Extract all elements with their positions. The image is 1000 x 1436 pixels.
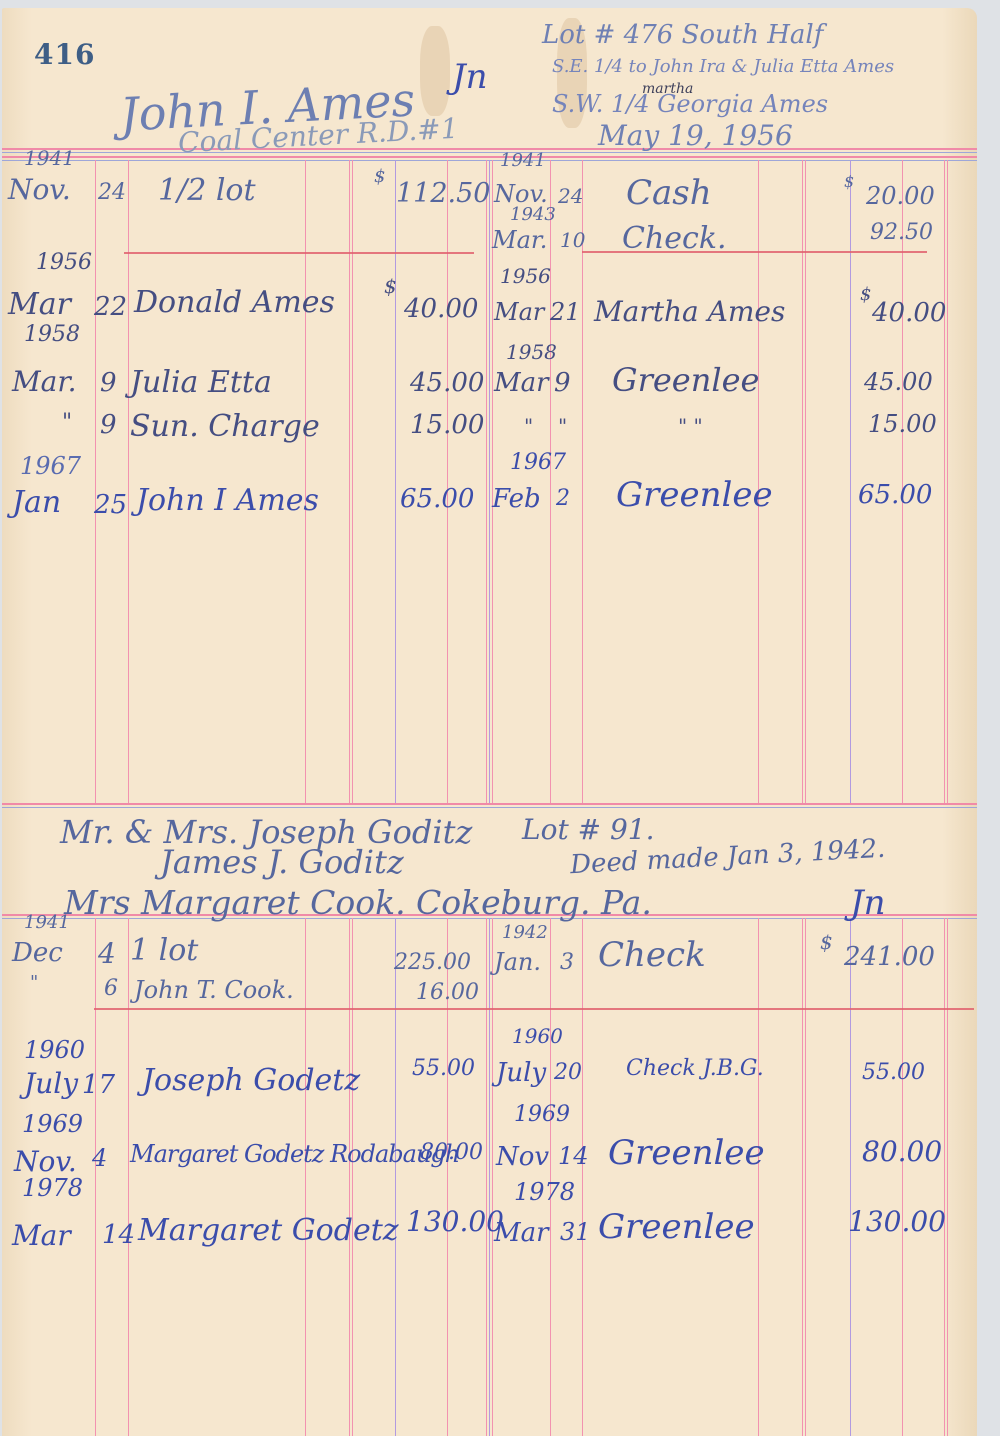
entry-amount: 130.00 <box>848 1208 946 1236</box>
entry-day: 21 <box>550 300 581 324</box>
header-rule <box>2 148 977 150</box>
entry-description: John I Ames <box>136 486 319 516</box>
column-rule <box>802 160 803 803</box>
entry-description: Check J.B.G. <box>626 1058 764 1080</box>
entry-year: 1967 <box>20 454 81 478</box>
header-rule <box>2 156 977 158</box>
entry-amount: 65.00 <box>858 482 932 508</box>
entry-amount: 55.00 <box>412 1058 475 1080</box>
column-rule <box>492 160 493 803</box>
entry-amount: 92.50 <box>870 222 933 244</box>
column-rule <box>489 918 490 1436</box>
entry-amount: 16.00 <box>416 982 479 1004</box>
entry-currency: $ <box>374 168 385 186</box>
column-rule <box>305 160 306 803</box>
page-number: 416 <box>34 38 95 71</box>
column-rule <box>582 918 583 1436</box>
entry-description: Check. <box>622 224 727 254</box>
entry-day: 14 <box>102 1222 135 1248</box>
column-rule <box>550 160 551 803</box>
column-rule <box>489 160 490 803</box>
entry-amount: 45.00 <box>864 370 933 394</box>
entry-description: Margaret Godetz <box>138 1216 399 1246</box>
entry-description: Martha Ames <box>594 298 785 326</box>
entry-year: 1943 <box>510 206 556 224</box>
lot-note-line1: Lot # 476 South Half <box>542 22 823 48</box>
account-name-line2: James J. Goditz <box>160 846 404 878</box>
entry-description: Sun. Charge <box>130 412 320 442</box>
entry-month: Mar <box>12 1222 71 1250</box>
entry-month: Nov. <box>494 182 548 206</box>
entry-description: Greenlee <box>616 478 773 512</box>
header-rule <box>2 152 977 153</box>
entry-amount: 241.00 <box>844 944 935 970</box>
entry-day: 3 <box>560 952 574 974</box>
column-rule <box>802 918 803 1436</box>
entry-amount: 15.00 <box>410 412 484 438</box>
entry-year: 1941 <box>500 152 546 170</box>
entry-amount: 40.00 <box>404 296 478 322</box>
entry-day: 4 <box>98 940 116 968</box>
column-rule <box>395 160 396 803</box>
entry-year: 1958 <box>506 342 557 362</box>
entry-month: Jan <box>12 488 61 518</box>
entry-day: 31 <box>560 1220 591 1244</box>
entry-month: Dec <box>12 940 63 966</box>
entry-description: 1/2 lot <box>158 176 256 206</box>
column-rule <box>486 918 487 1436</box>
entry-day: 2 <box>556 488 570 510</box>
column-rule <box>128 160 129 803</box>
column-rule <box>550 918 551 1436</box>
entry-month: Mar <box>494 370 549 396</box>
column-rule <box>352 160 353 803</box>
entry-amount: 130.00 <box>406 1208 504 1236</box>
entry-year: 1960 <box>24 1038 85 1062</box>
column-rule <box>947 160 948 803</box>
entry-amount: 45.00 <box>410 370 484 396</box>
entry-description: Joseph Godetz <box>142 1066 360 1096</box>
column-rule <box>349 918 350 1436</box>
entry-year: 1978 <box>22 1176 83 1200</box>
entry-day: 17 <box>82 1072 115 1098</box>
initials-mark: Jn <box>452 60 488 94</box>
entry-day: 9 <box>100 370 117 396</box>
entry-day: 6 <box>104 978 118 1000</box>
entry-day: 9 <box>554 370 571 396</box>
entry-year: 1967 <box>510 452 566 474</box>
entry-currency: $ <box>860 286 871 304</box>
entry-description: Greenlee <box>598 1210 755 1244</box>
entry-amount: 65.00 <box>400 486 474 512</box>
entry-amount: 225.00 <box>394 952 471 974</box>
entry-month: Jan. <box>494 950 541 974</box>
column-rule <box>349 160 350 803</box>
entry-month: Feb <box>492 486 541 512</box>
section-rule <box>2 803 977 805</box>
section-rule <box>2 807 977 808</box>
lot-note-line2: S.E. 1/4 to John Ira & Julia Etta Ames <box>552 58 894 76</box>
column-rule <box>305 918 306 1436</box>
entry-year: 1942 <box>502 924 548 942</box>
entry-amount: 80.00 <box>420 1142 483 1164</box>
entry-year: 1969 <box>514 1104 570 1126</box>
column-rule <box>95 918 96 1436</box>
entry-amount: 55.00 <box>862 1062 925 1084</box>
entry-month: Nov <box>496 1144 549 1170</box>
column-rule <box>95 160 96 803</box>
entry-month: July <box>496 1060 546 1086</box>
entry-day: 22 <box>94 294 127 320</box>
entry-description: Check <box>598 938 706 972</box>
entry-description: John T. Cook. <box>134 978 294 1002</box>
column-rule <box>447 160 448 803</box>
tape-stain <box>420 26 450 116</box>
entry-description: " " <box>678 416 703 436</box>
column-rule <box>947 918 948 1436</box>
entry-day: 4 <box>92 1146 107 1170</box>
entry-day: 14 <box>558 1144 589 1168</box>
lot-number: Lot # 91. <box>522 816 655 844</box>
date-note: May 19, 1956 <box>598 122 793 150</box>
column-rule <box>944 918 945 1436</box>
column-rule <box>128 918 129 1436</box>
entry-month: Nov. <box>14 1148 77 1176</box>
entry-amount: 40.00 <box>872 300 946 326</box>
entry-month: " <box>524 416 533 436</box>
entry-day: " <box>558 416 567 436</box>
entry-amount: 15.00 <box>868 412 937 436</box>
column-rule <box>850 160 851 803</box>
entry-currency: $ <box>820 932 833 952</box>
entry-day: 20 <box>554 1062 582 1084</box>
column-rule <box>352 918 353 1436</box>
entry-year: 1956 <box>500 266 551 286</box>
entry-month: Mar. <box>12 368 77 396</box>
entry-day: 10 <box>560 230 585 250</box>
entry-month: Nov. <box>8 176 71 204</box>
column-rule <box>850 918 851 1436</box>
ledger-page: 416 John I. Ames Jn <box>2 8 977 1436</box>
entry-description: 1 lot <box>130 936 198 966</box>
column-rule <box>486 160 487 803</box>
entry-currency: $ <box>844 174 854 190</box>
entry-year: 1941 <box>24 148 75 168</box>
column-rule <box>395 918 396 1436</box>
entry-month: " <box>30 974 38 992</box>
entry-month: Mar <box>494 1220 549 1246</box>
entry-currency: $ <box>384 276 397 296</box>
entry-description: Donald Ames <box>134 288 335 318</box>
entry-year: 1956 <box>36 252 92 274</box>
column-rule <box>492 918 493 1436</box>
balance-line <box>94 1008 974 1010</box>
entry-day: 24 <box>98 182 126 204</box>
entry-year: 1969 <box>22 1112 83 1136</box>
entry-amount: 20.00 <box>866 184 935 208</box>
entry-description: Cash <box>626 176 712 210</box>
entry-month: Mar <box>494 300 544 324</box>
entry-day: 24 <box>558 186 583 206</box>
entry-description: Greenlee <box>608 1136 765 1170</box>
balance-line <box>124 252 474 254</box>
entry-year: 1958 <box>24 324 80 346</box>
column-rule <box>944 160 945 803</box>
entry-day: 9 <box>100 412 117 438</box>
entry-description: Greenlee <box>612 364 759 396</box>
initials-mark: Jn <box>850 886 886 920</box>
column-rule <box>758 918 759 1436</box>
entry-amount: 112.50 <box>396 180 490 207</box>
column-rule <box>582 160 583 803</box>
entry-month: Mar. <box>492 228 547 252</box>
lot-note-line3: S.W. 1/4 Georgia Ames <box>552 92 828 116</box>
entry-month: " <box>62 412 72 434</box>
entry-month: Mar <box>8 290 71 320</box>
column-rule <box>902 918 903 1436</box>
column-rule <box>805 918 806 1436</box>
entry-year: 1960 <box>512 1026 563 1046</box>
entry-year: 1978 <box>514 1180 575 1204</box>
entry-month: July <box>24 1070 78 1098</box>
column-rule <box>805 160 806 803</box>
account-name-line3: Mrs Margaret Cook. Cokeburg. Pa. <box>64 886 652 919</box>
entry-description: Julia Etta <box>130 368 272 398</box>
entry-year: 1941 <box>24 914 70 932</box>
entry-description: Margaret Godetz Rodabaugh <box>130 1142 459 1166</box>
entry-amount: 80.00 <box>862 1138 942 1166</box>
entry-day: 25 <box>94 492 127 518</box>
